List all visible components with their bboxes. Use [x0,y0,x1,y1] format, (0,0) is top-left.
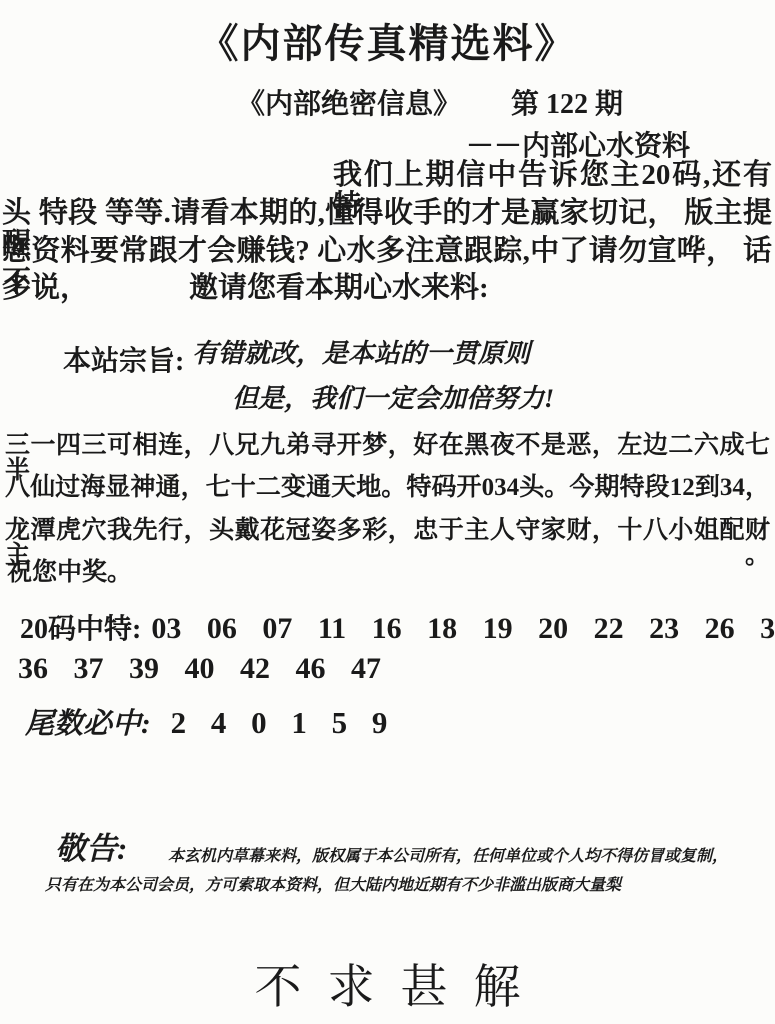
doc-title: 《内部传真精选料》 [0,12,775,69]
picks-numbers-1: 03 06 07 11 16 18 19 20 22 23 26 31 35 [151,612,775,645]
notice-line-1: 本玄机内草幕来料，版权属于本公司所有，任何单位或个人均不得仿冒或复制， [168,843,728,866]
tails-label: 尾数必中: [25,708,151,740]
fax-sheet: 《内部传真精选料》 《内部绝密信息》第 122 期 －－内部心水资料 我们上期信… [0,0,775,1024]
poem-line-2: 八仙过海显神通，七十二变通天地。特码开034头。今期特段12到34， [5,475,770,500]
picks-label: 20码中特: [20,614,141,645]
motto-line-1: 有错就改，是本站的一贯原则 [192,333,530,370]
notice-line-2: 只有在为本公司会员，方可索取本资料，但大陆内地近期有不少非滥出版商大量梨 [45,872,621,895]
tagline: －－内部心水资料 [466,124,690,164]
doc-subtitle: 《内部绝密信息》 [237,89,461,120]
tails-numbers: 2 4 0 1 5 9 [171,705,388,740]
subtitle-row: 《内部绝密信息》第 122 期 [0,82,775,122]
motto-line-2: 但是，我们一定会加倍努力! [232,378,554,415]
tails-row: 尾数必中:2 4 0 1 5 9 [25,701,387,742]
picks-row-1: 20码中特:03 06 07 11 16 18 19 20 22 23 26 3… [20,607,771,647]
notice-label: 敬告: [55,823,127,868]
picks-numbers-2: 36 37 39 40 42 46 47 [18,652,381,686]
intro-line-4-right: 邀请您看本期心水来料: [189,272,489,304]
footer-slogan: 不求甚解 [0,950,775,1017]
intro-line-4: 多说，邀请您看本期心水来料: [2,273,489,304]
motto-label: 本站宗旨: [63,339,184,379]
intro-line-4-left: 多说， [2,272,89,304]
issue-number: 第 122 期 [511,89,623,120]
poem-line-4: 祝您中奖。 [7,560,770,585]
